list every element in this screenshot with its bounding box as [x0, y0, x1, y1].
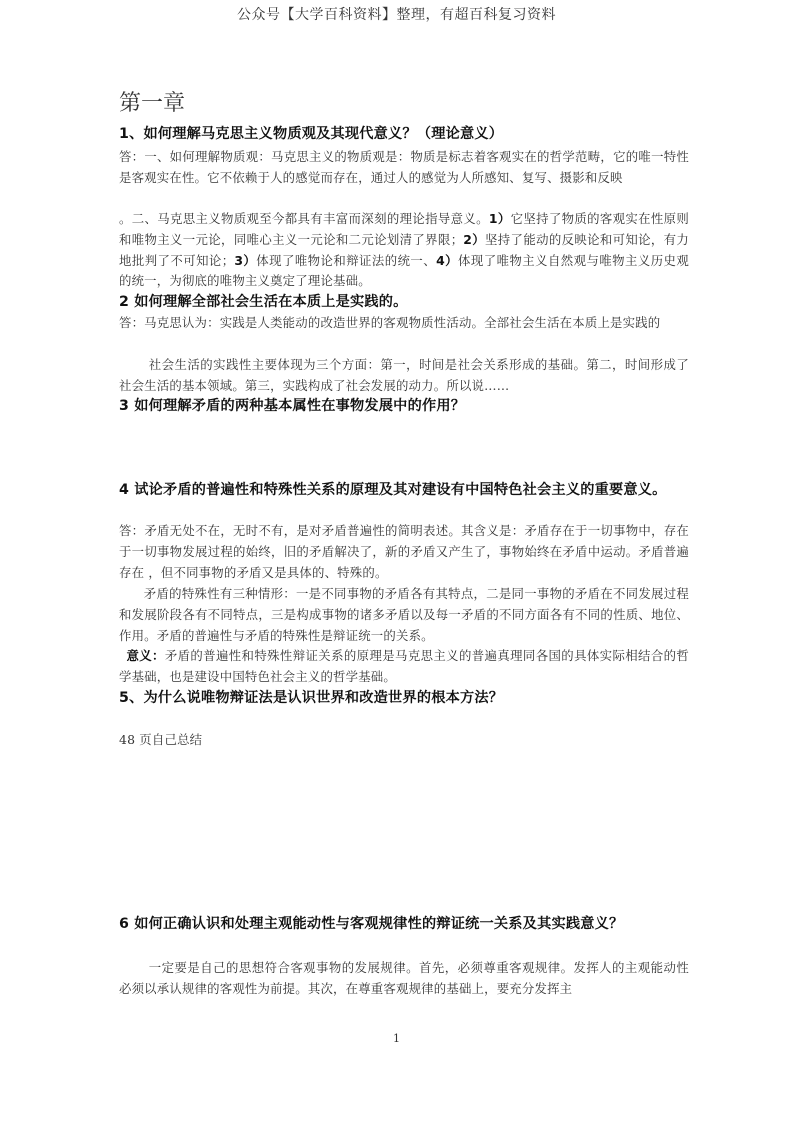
chapter-title: 第一章	[119, 86, 185, 117]
answer-2-part-1: 答：马克思认为：实践是人类能动的改造世界的客观物质性活动。全部社会生活在本质上是…	[119, 313, 689, 334]
question-4: 4 试论矛盾的普遍性和特殊性关系的原理及其对建设有中国特色社会主义的重要意义。	[119, 480, 679, 501]
question-5: 5、为什么说唯物辩证法是认识世界和改造世界的根本方法？	[119, 688, 679, 709]
answer-2-part-2: 社会生活的实践性主要体现为三个方面：第一，时间是社会关系形成的基础。第二，时间形…	[119, 355, 689, 397]
question-3: 3 如何理解矛盾的两种基本属性在事物发展中的作用？	[119, 396, 679, 417]
question-2: 2 如何理解全部社会生活在本质上是实践的。	[119, 292, 679, 313]
question-1: 1、如何理解马克思主义物质观及其现代意义？（理论意义）	[119, 124, 679, 145]
answer-5: 48 页自己总结	[119, 730, 689, 751]
significance-label: 意义：	[126, 648, 164, 663]
answer-4-part-2: 矛盾的特殊性有三种情形：一是不同事物的矛盾各有其特点，二是同一事物的矛盾在不同发…	[119, 584, 689, 646]
answer-6: 一定要是自己的思想符合客观事物的发展规律。首先，必须尊重客观规律。发挥人的主观能…	[119, 958, 689, 1000]
answer-4-part-1: 答：矛盾无处不在，无时不有，是对矛盾普遍性的简明表述。其含义是：矛盾存在于一切事…	[119, 521, 689, 583]
page-number: 1	[0, 1032, 793, 1045]
page-header: 公众号【大学百科资料】整理，有超百科复习资料	[0, 4, 793, 24]
answer-1-part-1: 答：一、如何理解物质观：马克思主义的物质观是：物质是标志着客观实在的哲学范畴，它…	[119, 147, 689, 189]
question-6: 6 如何正确认识和处理主观能动性与客观规律性的辩证统一关系及其实践意义？	[119, 914, 659, 935]
answer-4-significance: 意义：矛盾的普遍性和特殊性辩证关系的原理是马克思主义的普遍真理同各国的具体实际相…	[119, 646, 689, 688]
answer-1-part-2: 。二、马克思主义物质观至今都具有丰富而深刻的理论指导意义。1）它坚持了物质的客观…	[119, 209, 689, 292]
